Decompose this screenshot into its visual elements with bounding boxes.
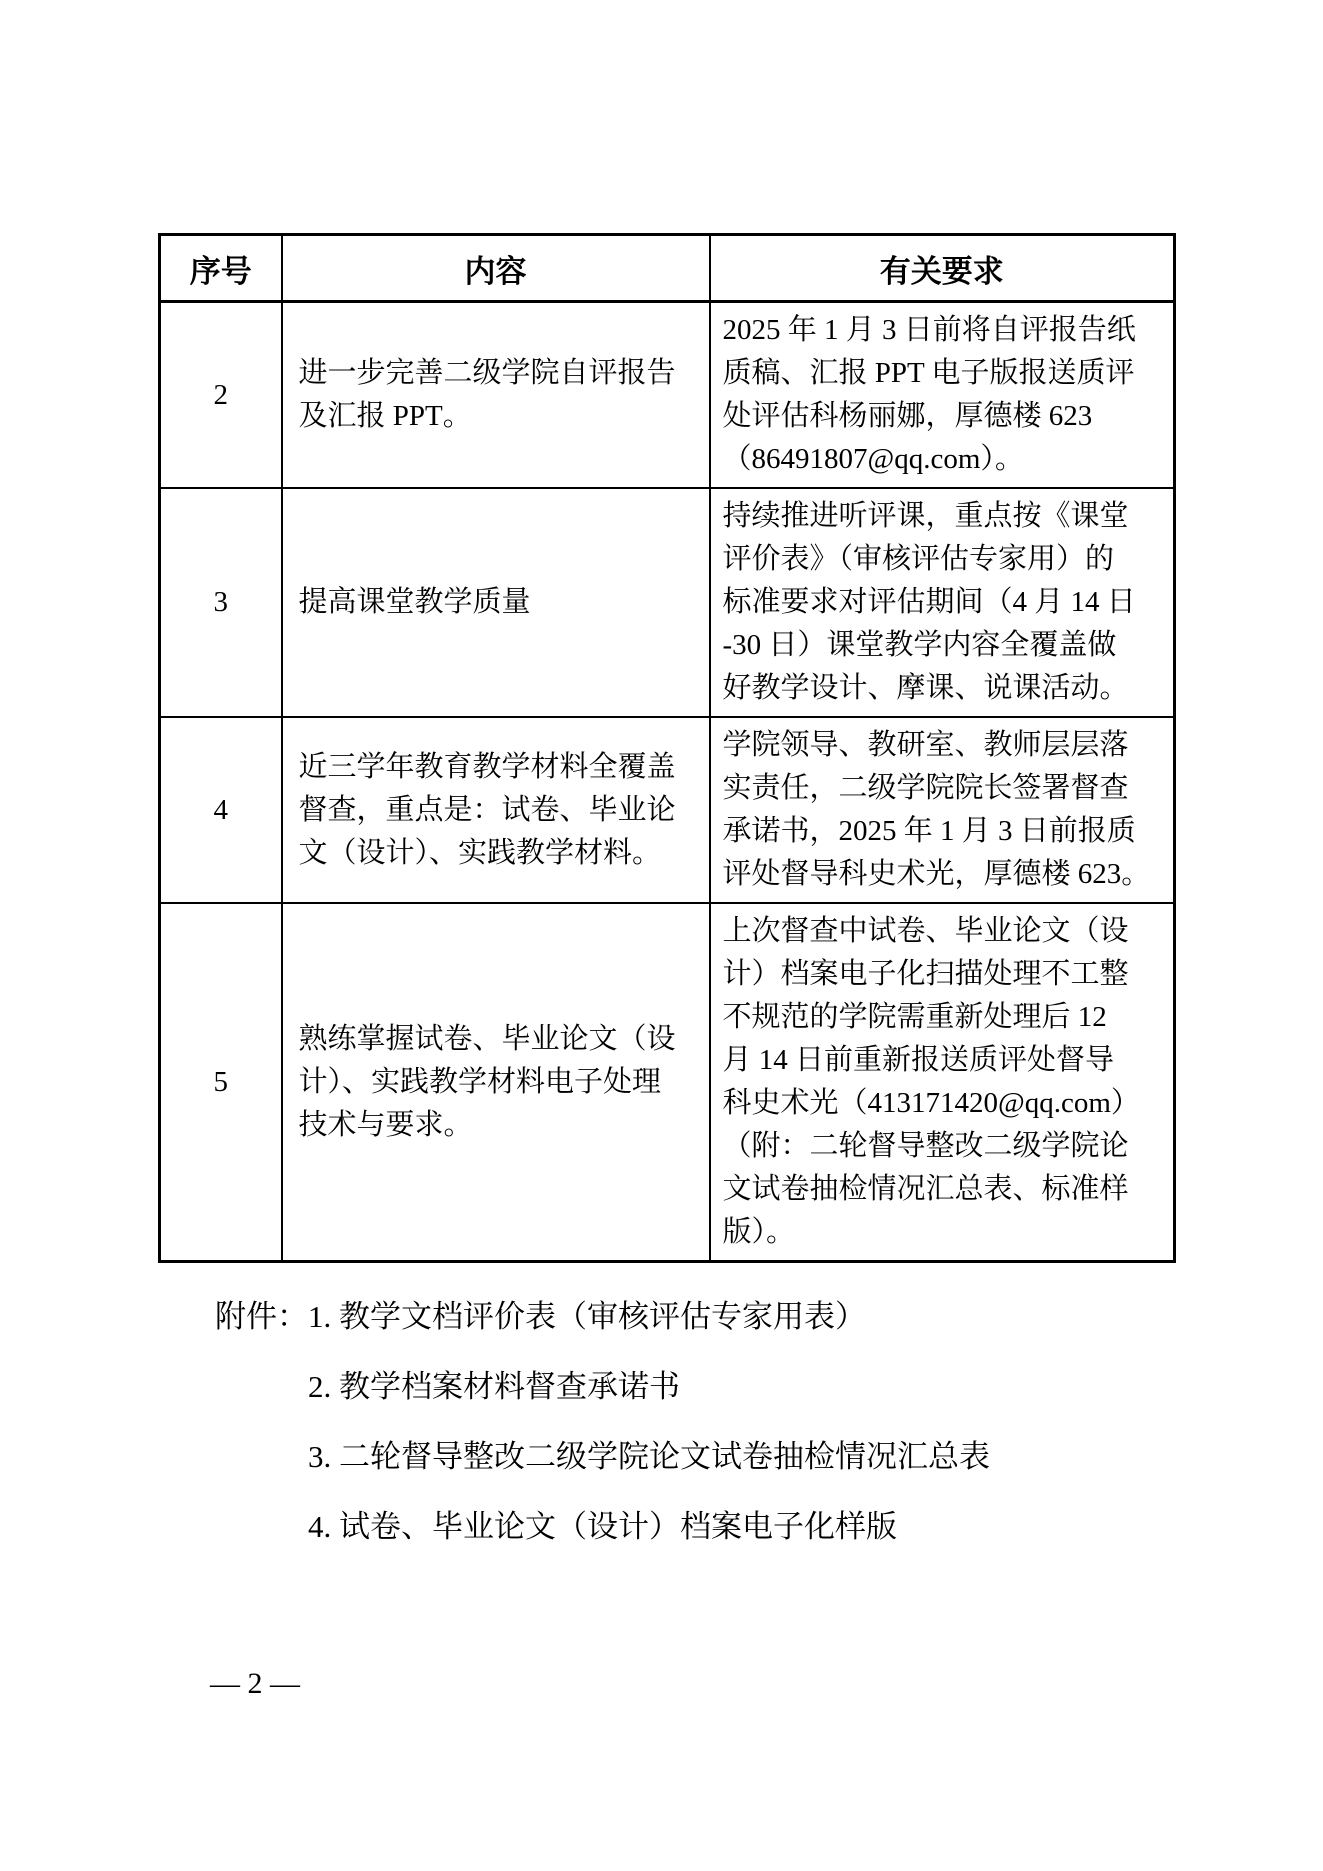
row-content-text: 进一步完善二级学院自评报告 及汇报 PPT。 bbox=[282, 302, 710, 489]
header-cell-content: 内容 bbox=[282, 235, 710, 302]
row-content-text: 熟练掌握试卷、毕业论文（设 计）、实践教学材料电子处理 技术与要求。 bbox=[282, 903, 710, 1262]
row-content-text: 近三学年教育教学材料全覆盖 督查，重点是：试卷、毕业论 文（设计）、实践教学材料… bbox=[282, 717, 710, 903]
attachments-block: 附件： 1. 教学文档评价表（审核评估专家用表） 2. 教学档案材料督查承诺书 … bbox=[215, 1282, 990, 1562]
attachments-label: 附件： bbox=[215, 1282, 308, 1352]
row-requirement-text: 持续推进听评课，重点按《课堂 评价表》（审核评估专家用）的 标准要求对评估期间（… bbox=[710, 488, 1175, 717]
row-requirement-text: 学院领导、教研室、教师层层落 实责任，二级学院院长签署督查 承诺书，2025 年… bbox=[710, 717, 1175, 903]
requirements-table: 序号 内容 有关要求 2 进一步完善二级学院自评报告 及汇报 PPT。 2025… bbox=[158, 233, 1176, 1263]
table-row: 3 提高课堂教学质量 持续推进听评课，重点按《课堂 评价表》（审核评估专家用）的… bbox=[160, 488, 1175, 717]
attachment-item: 1. 教学文档评价表（审核评估专家用表） bbox=[308, 1282, 990, 1352]
attachments-list: 1. 教学文档评价表（审核评估专家用表） 2. 教学档案材料督查承诺书 3. 二… bbox=[308, 1282, 990, 1562]
table-header-row: 序号 内容 有关要求 bbox=[160, 235, 1175, 302]
header-cell-seq-number: 序号 bbox=[160, 235, 282, 302]
document-page: 序号 内容 有关要求 2 进一步完善二级学院自评报告 及汇报 PPT。 2025… bbox=[0, 0, 1323, 1871]
row-seq-number: 2 bbox=[160, 302, 282, 489]
row-seq-number: 5 bbox=[160, 903, 282, 1262]
attachment-item: 3. 二轮督导整改二级学院论文试卷抽检情况汇总表 bbox=[308, 1422, 990, 1492]
row-requirement-text: 上次督查中试卷、毕业论文（设 计）档案电子化扫描处理不工整 不规范的学院需重新处… bbox=[710, 903, 1175, 1262]
row-requirement-text: 2025 年 1 月 3 日前将自评报告纸 质稿、汇报 PPT 电子版报送质评 … bbox=[710, 302, 1175, 489]
table-row: 2 进一步完善二级学院自评报告 及汇报 PPT。 2025 年 1 月 3 日前… bbox=[160, 302, 1175, 489]
page-number: — 2 — bbox=[210, 1664, 300, 1704]
table-row: 4 近三学年教育教学材料全覆盖 督查，重点是：试卷、毕业论 文（设计）、实践教学… bbox=[160, 717, 1175, 903]
table-row: 5 熟练掌握试卷、毕业论文（设 计）、实践教学材料电子处理 技术与要求。 上次督… bbox=[160, 903, 1175, 1262]
attachment-item: 4. 试卷、毕业论文（设计）档案电子化样版 bbox=[308, 1492, 990, 1562]
row-seq-number: 4 bbox=[160, 717, 282, 903]
header-cell-requirements: 有关要求 bbox=[710, 235, 1175, 302]
row-content-text: 提高课堂教学质量 bbox=[282, 488, 710, 717]
attachment-item: 2. 教学档案材料督查承诺书 bbox=[308, 1352, 990, 1422]
row-seq-number: 3 bbox=[160, 488, 282, 717]
